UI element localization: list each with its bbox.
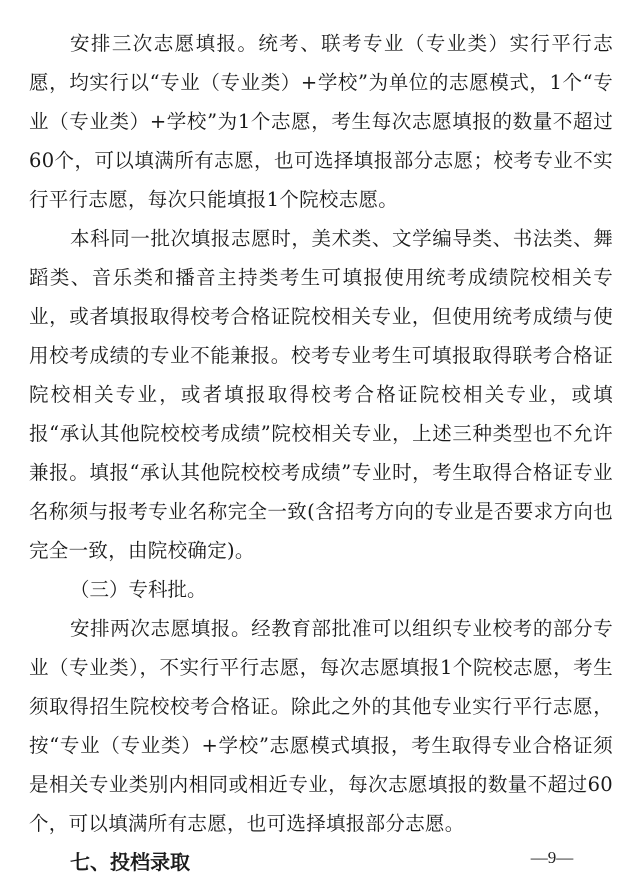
document-page: 安排三次志愿填报。统考、联考专业（专业类）实行平行志愿，均实行以“专业（专业类）… [0, 0, 640, 888]
page-number: —9— [520, 846, 584, 870]
paragraph-undergraduate-rules: 本科同一批次填报志愿时，美术类、文学编导类、书法类、舞蹈类、音乐类和播音主持类考… [29, 219, 613, 570]
paragraph-volunteer-rounds: 安排三次志愿填报。统考、联考专业（专业类）实行平行志愿，均实行以“专业（专业类）… [29, 24, 613, 219]
document-body: 安排三次志愿填报。统考、联考专业（专业类）实行平行志愿，均实行以“专业（专业类）… [29, 24, 613, 882]
paragraph-junior-college-rules: 安排两次志愿填报。经教育部批准可以组织专业校考的部分专业（专业类），不实行平行志… [29, 609, 613, 843]
subheading-junior-college-batch: （三）专科批。 [29, 570, 613, 609]
